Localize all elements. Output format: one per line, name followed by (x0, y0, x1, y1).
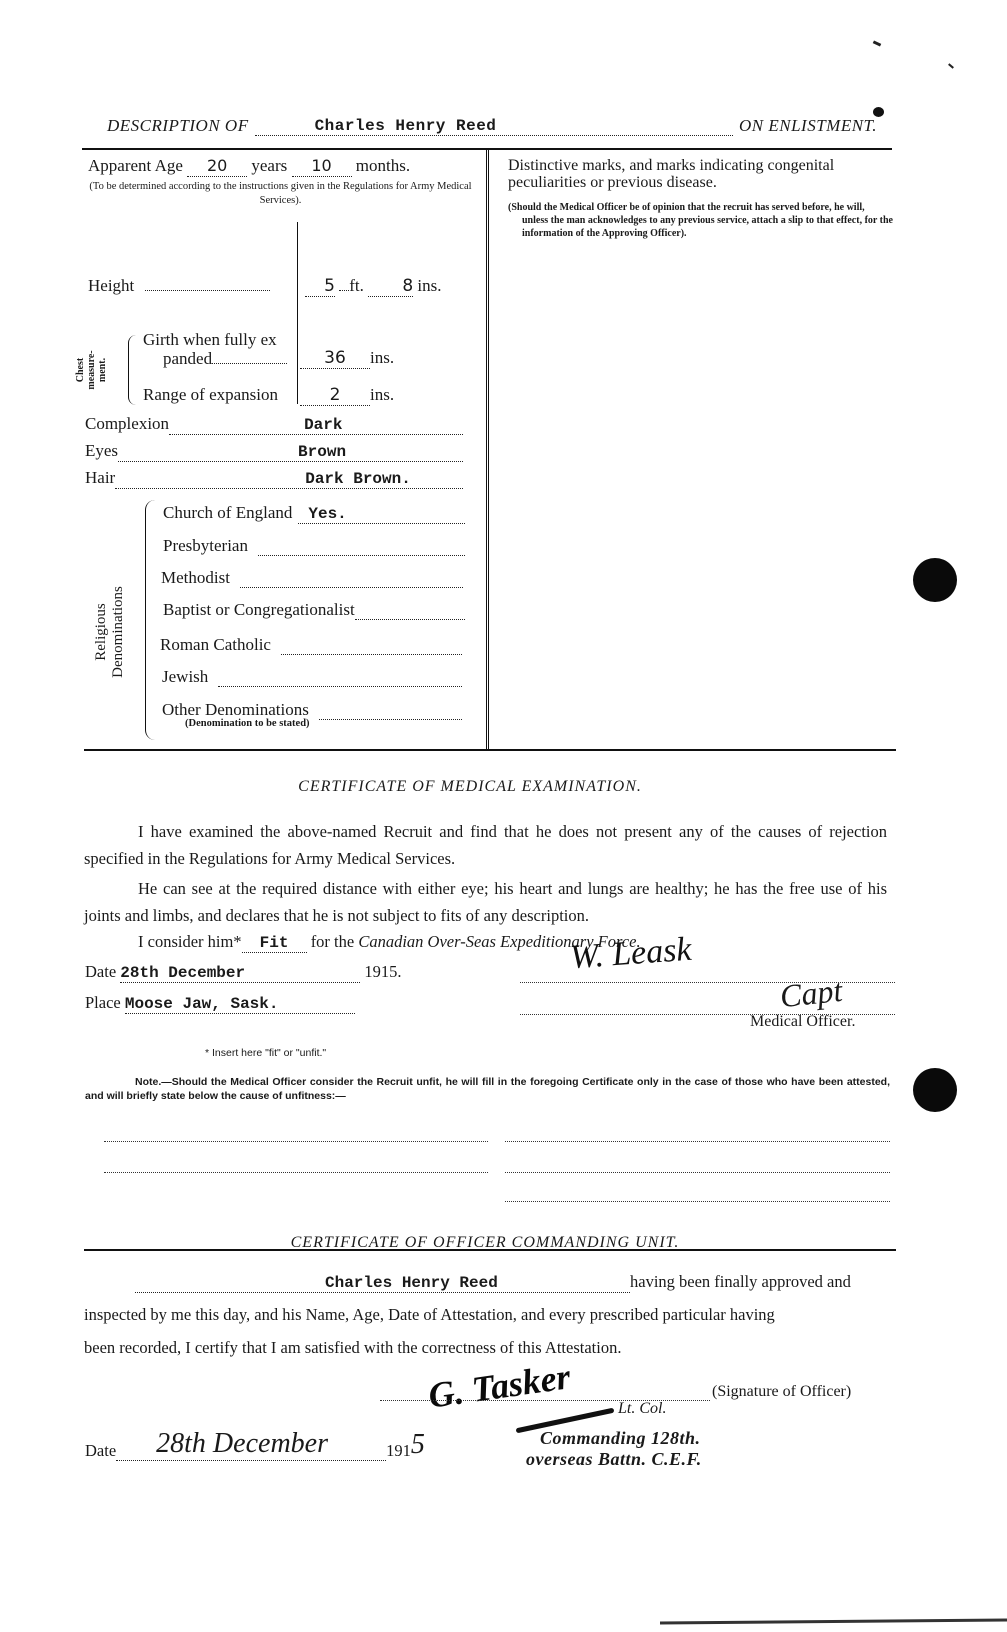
medical-certificate-title: CERTIFICATE OF MEDICAL EXAMINATION. (0, 778, 940, 796)
header-name-field: Charles Henry Reed (255, 115, 733, 136)
medical-para-1: I have examined the above-named Recruit … (84, 818, 887, 872)
medical-date-row: Date 28th December 1915. (85, 962, 402, 983)
section-divider-1 (84, 749, 896, 751)
commanding-para-line-2: inspected by me this day, and his Name, … (84, 1305, 894, 1325)
age-note: (To be determined according to the instr… (88, 180, 473, 208)
unfitness-line-2a (104, 1172, 488, 1173)
girth-value: 36ins. (300, 348, 394, 369)
hair-value: Dark Brown. (305, 470, 411, 488)
girth-label: Girth when fully ex panded (143, 330, 287, 368)
height-feet: 5 (324, 276, 335, 296)
commanding-para-line-1: Charles Henry Reed having been finally a… (135, 1272, 890, 1293)
header-prefix: DESCRIPTION OF (107, 116, 249, 136)
height-value: 5 ft. 8 ins. (305, 276, 441, 297)
age-months-value: 10 (311, 156, 331, 175)
other-denomination-note: (Denomination to be stated) (185, 718, 310, 729)
ink-speck (873, 40, 882, 46)
commanding-certificate-title: CERTIFICATE OF OFFICER COMMANDING UNIT. (0, 1234, 970, 1252)
religion-brace (145, 500, 155, 740)
medical-officer-rank: Capt (778, 972, 844, 1015)
medical-officer-signature: W. Leask (569, 931, 693, 977)
unfit-note: Note.—Should the Medical Officer conside… (85, 1075, 890, 1103)
apparent-age-row: Apparent Age 20 years 10 months. (88, 156, 410, 177)
punch-hole-top (913, 558, 957, 602)
eyes-row: Eyes Brown (85, 441, 463, 462)
commanding-recruit-name: Charles Henry Reed (325, 1274, 498, 1292)
medical-officer-label: Medical Officer. (750, 1013, 855, 1031)
ink-speck (948, 63, 954, 68)
commanding-date-value: 28th December (156, 1428, 328, 1459)
height-label: Height (88, 276, 270, 296)
header-suffix: ON ENLISTMENT. (739, 116, 877, 136)
column-divider (486, 150, 489, 750)
chest-brace (128, 335, 138, 405)
consider-row: I consider him*Fit for the Canadian Over… (138, 932, 641, 953)
medical-date-value: 28th December (120, 964, 245, 982)
fit-value: Fit (260, 934, 289, 952)
height-inches: 8 (402, 276, 413, 296)
complexion-value: Dark (304, 416, 342, 434)
religion-baptist: Baptist or Congregationalist (163, 600, 465, 620)
page-edge-mark (660, 1618, 1007, 1624)
religion-roman-catholic: Roman Catholic (160, 635, 462, 655)
commanding-date-row: Date 28th December 1915 (85, 1428, 425, 1461)
unfitness-line-1b (505, 1141, 890, 1142)
recruit-name: Charles Henry Reed (315, 117, 497, 135)
signature-of-officer-label: (Signature of Officer) (712, 1383, 851, 1401)
religion-jewish: Jewish (162, 667, 462, 687)
chest-group-label: Chest measure-ment. (75, 350, 125, 390)
religion-other: Other Denominations (162, 700, 462, 720)
unfitness-line-3b (505, 1201, 890, 1202)
medical-place-row: Place Moose Jaw, Sask. (85, 993, 355, 1014)
commanding-para-line-3: been recorded, I certify that I am satis… (84, 1338, 894, 1358)
commanding-officer-rank: Lt. Col. (618, 1400, 666, 1418)
religion-church-of-england: Church of England Yes. (163, 503, 465, 524)
eyes-value: Brown (298, 443, 346, 461)
range-value: 2ins. (300, 385, 394, 406)
description-header: DESCRIPTION OF Charles Henry Reed ON ENL… (107, 115, 877, 136)
measure-divider (297, 222, 298, 404)
religion-presbyterian: Presbyterian (163, 536, 465, 556)
medical-para-2: He can see at the required distance with… (84, 875, 887, 929)
distinctive-marks-heading: Distinctive marks, and marks indicating … (508, 157, 893, 191)
religion-group-label: Religious Denominations (93, 557, 137, 707)
complexion-row: Complexion Dark (85, 414, 463, 435)
unfitness-line-1a (104, 1141, 488, 1142)
commanding-unit-line-1: Commanding 128th. (540, 1428, 701, 1449)
punch-hole-bottom (913, 1068, 957, 1112)
unfitness-line-2b (505, 1172, 890, 1173)
religion-methodist: Methodist (161, 568, 463, 588)
hair-row: Hair Dark Brown. (85, 468, 463, 489)
range-label: Range of expansion (143, 385, 278, 405)
age-years-value: 20 (207, 156, 227, 175)
commanding-officer-signature: G. Tasker (426, 1355, 573, 1416)
medical-date-year: 1915. (364, 962, 401, 981)
distinctive-marks-note: (Should the Medical Officer be of opinio… (508, 201, 893, 240)
fit-footnote: * Insert here "fit" or "unfit." (205, 1047, 326, 1059)
church-of-england-value: Yes. (308, 505, 346, 523)
commanding-unit-line-2: overseas Battn. C.E.F. (526, 1449, 702, 1470)
medical-place-value: Moose Jaw, Sask. (125, 995, 279, 1013)
